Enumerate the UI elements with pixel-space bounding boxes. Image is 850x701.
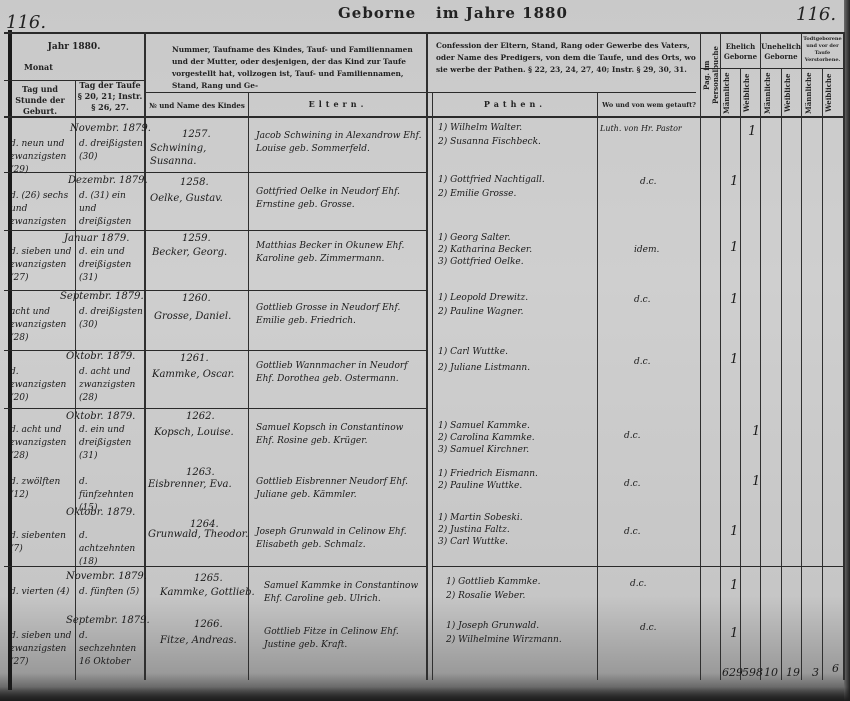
header-female: Weibliche — [783, 72, 799, 114]
entry-child-name: Eisbrenner, Eva. — [148, 478, 232, 491]
total-illegit-male: 19 — [786, 666, 800, 679]
entry-parents: Gottlieb Eisbrenner Neudorf Ehf. Juliane… — [256, 476, 424, 502]
header-female: Weibliche — [824, 72, 840, 114]
godparent: 2) Susanna Fischbeck. — [438, 136, 541, 149]
header-confession-desc: Confession der Eltern, Stand, Rang oder … — [436, 40, 698, 76]
header-legitimate: Ehelich Geborne — [721, 42, 760, 62]
tally-mark: 1 — [730, 292, 738, 307]
page-shadow — [0, 687, 850, 701]
entry-child-name: Grunwald, Theodor. — [148, 528, 248, 541]
entry-parents: Gottlieb Wannmacher in Neudorf Ehf. Doro… — [256, 360, 424, 386]
godparent: 2) Wilhelmine Wirzmann. — [446, 634, 562, 647]
tally-mark: 1 — [752, 424, 760, 439]
godparent: 1) Gottfried Nachtigall. — [438, 174, 545, 187]
entry-birth: d. vierten (4) — [10, 586, 72, 599]
godparent: 1) Carl Wuttke. — [438, 346, 508, 359]
entry-baptism: d. sechzehnten 16 Oktober — [79, 630, 143, 669]
entry-child-name: Kammke, Gottlieb. — [160, 586, 255, 599]
entry-birth: d. (26) sechs und zwanzigsten — [10, 190, 72, 229]
entry-baptized-by: d.c. — [624, 526, 641, 539]
godparent: 1) Joseph Grunwald. — [446, 620, 539, 633]
entry-parents: Gottlieb Fitze in Celinow Ehf. Justine g… — [264, 626, 426, 652]
entry-child-name: Fitze, Andreas. — [160, 634, 237, 647]
entry-baptism: d. ein und dreißigsten (31) — [79, 424, 143, 463]
godparent: 2) Juliane Listmann. — [438, 362, 530, 375]
total-stillborn: 6 — [832, 662, 839, 675]
header-year: Jahr 1880. — [6, 42, 142, 53]
entry-parents: Jacob Schwining in Alexandrow Ehf. Louis… — [256, 130, 424, 156]
entry-month: Oktobr. 1879. — [66, 506, 135, 519]
total-register: 629 — [722, 666, 743, 679]
header-baptism: Tag der Taufe § 20, 21; Instr. § 26, 27. — [77, 80, 143, 113]
header-where-by-whom: Wo und von wem getauft? — [598, 100, 700, 111]
header-godparents: Pathen. — [434, 99, 596, 110]
entry-birth: d. sieben und zwanzigsten (27) — [10, 246, 72, 285]
entry-number: 1259. — [182, 232, 211, 245]
entry-baptized-by: idem. — [634, 244, 659, 257]
header-illegitimate: Unehelich Geborne — [761, 42, 801, 62]
page-number-left: 116. — [6, 12, 46, 33]
godparent: 2) Emilie Grosse. — [438, 188, 516, 201]
entry-birth: d. siebenten (7) — [10, 530, 72, 556]
total-legit-male: 598 — [742, 666, 763, 679]
entry-number: 1257. — [182, 128, 211, 141]
godparent: 1) Wilhelm Walter. — [438, 122, 522, 135]
entry-baptism: d. dreißigsten (30) — [79, 138, 143, 164]
entry-baptized-by: d.c. — [634, 356, 651, 369]
entry-baptized-by: d.c. — [640, 622, 657, 635]
godparent: 2) Pauline Wagner. — [438, 306, 524, 319]
entry-baptized-by: d.c. — [624, 478, 641, 491]
godparent: 3) Samuel Kirchner. — [438, 444, 529, 457]
top-rule — [4, 32, 844, 34]
header-male: Männliche — [722, 72, 738, 114]
tally-mark: 1 — [730, 352, 738, 367]
entry-number: 1262. — [186, 410, 215, 423]
header-child-desc: Nummer, Taufname des Kindes, Tauf- und F… — [172, 44, 422, 92]
entry-parents: Joseph Grunwald in Celinow Ehf. Elisabet… — [256, 526, 424, 552]
header-month: Monat — [24, 62, 53, 73]
entry-baptism: d. ein und dreißigsten (31) — [79, 246, 143, 285]
entry-parents: Gottlieb Grosse in Neudorf Ehf. Emilie g… — [256, 302, 424, 328]
godparent: 3) Carl Wuttke. — [438, 536, 508, 549]
entry-birth: d. zwanzigsten (20) — [10, 366, 72, 405]
rule-subheader — [146, 92, 696, 93]
header-bottom-rule — [4, 116, 844, 118]
col-line — [75, 80, 76, 680]
total-illegit-female: 3 — [812, 666, 819, 679]
entry-baptized-by: d.c. — [630, 578, 647, 591]
page-number-right: 116. — [796, 4, 836, 25]
godparent: 1) Leopold Drewitz. — [438, 292, 528, 305]
entry-child-name: Kammke, Oscar. — [152, 368, 235, 381]
entry-birth: d. acht und zwanzigsten (28) — [10, 424, 72, 463]
entry-month: Oktobr. 1879. — [66, 410, 135, 423]
godparent: 3) Gottfried Oelke. — [438, 256, 524, 269]
header-stillborn: Todtgeborene und vor der Taufe Verstorbe… — [802, 36, 843, 64]
entry-parents: Samuel Kammke in Constantinow Ehf. Carol… — [264, 580, 426, 606]
header-female: Weibliche — [742, 72, 758, 114]
entry-birth: d. zwölften (12) — [10, 476, 72, 502]
entry-child-name: Becker, Georg. — [152, 246, 227, 259]
tally-mark: 1 — [752, 474, 760, 489]
title-left: Geborne — [338, 4, 416, 22]
entry-baptized-by: d.c. — [640, 176, 657, 189]
header-birth: Tag und Stunde der Geburt. — [6, 84, 74, 117]
header-male: Männliche — [763, 72, 779, 114]
tally-mark: 1 — [730, 524, 738, 539]
tally-mark: 1 — [730, 240, 738, 255]
entry-month: Januar 1879. — [64, 232, 129, 245]
header-child-number: № und Name des Kindes — [146, 100, 248, 111]
entry-month: Novembr. 1879. — [70, 122, 151, 135]
title-right: im Jahre 1880 — [436, 4, 568, 22]
tally-mark: 1 — [730, 174, 738, 189]
entry-baptism: d. achtzehnten (18) — [79, 530, 143, 569]
tally-mark: 1 — [748, 124, 756, 139]
entry-number: 1266. — [194, 618, 223, 631]
entry-baptized-by: d.c. — [634, 294, 651, 307]
entry-baptized-by: d.c. — [624, 430, 641, 443]
entry-number: 1265. — [194, 572, 223, 585]
entry-baptized-by: Luth. von Hr. Pastor — [600, 122, 682, 135]
entry-birth: d. sieben und zwanzigsten (27) — [10, 630, 72, 669]
tally-mark: 1 — [730, 626, 738, 641]
entry-child-name: Kopsch, Louise. — [154, 426, 234, 439]
godparent: 2) Rosalie Weber. — [446, 590, 525, 603]
entry-month: Septembr. 1879. — [66, 614, 150, 627]
entry-birth: acht und zwanzigsten (28) — [10, 306, 72, 345]
entry-baptism: d. fünften (5) — [79, 586, 143, 599]
entry-number: 1261. — [180, 352, 209, 365]
entry-child-name: Oelke, Gustav. — [150, 192, 223, 205]
header-register-page: Pag. im Personalbuche — [702, 36, 718, 114]
header-parents: Eltern. — [250, 99, 426, 110]
header-male: Männliche — [804, 72, 820, 114]
tally-mark: 1 — [730, 578, 738, 593]
godparent: 2) Pauline Wuttke. — [438, 480, 522, 493]
entry-number: 1260. — [182, 292, 211, 305]
entry-month: Septembr. 1879. — [60, 290, 144, 303]
entry-number: 1258. — [180, 176, 209, 189]
total-legit-female: 10 — [764, 666, 778, 679]
entry-baptism: d. dreißigsten (30) — [79, 306, 143, 332]
entry-child-name: Grosse, Daniel. — [154, 310, 231, 323]
entry-baptism: d. acht und zwanzigsten (28) — [79, 366, 143, 405]
entry-baptism: d. (31) ein und dreißigsten — [79, 190, 143, 229]
entry-birth: d. neun und zwanzigsten (29) — [10, 138, 72, 177]
entry-parents: Matthias Becker in Okunew Ehf. Karoline … — [256, 240, 424, 266]
register-page: 116. Geborne im Jahre 1880 116. Jahr 188… — [0, 0, 850, 701]
entry-month: Oktobr. 1879. — [66, 350, 135, 363]
entry-child-name: Schwining, Susanna. — [150, 142, 246, 168]
godparent: 1) Gottlieb Kammke. — [446, 576, 540, 589]
entry-parents: Samuel Kopsch in Constantinow Ehf. Rosin… — [256, 422, 424, 448]
entry-parents: Gottfried Oelke in Neudorf Ehf. Ernstine… — [256, 186, 424, 212]
entry-month: Novembr. 1879. — [66, 570, 147, 583]
entry-month: Dezembr. 1879. — [68, 174, 148, 187]
